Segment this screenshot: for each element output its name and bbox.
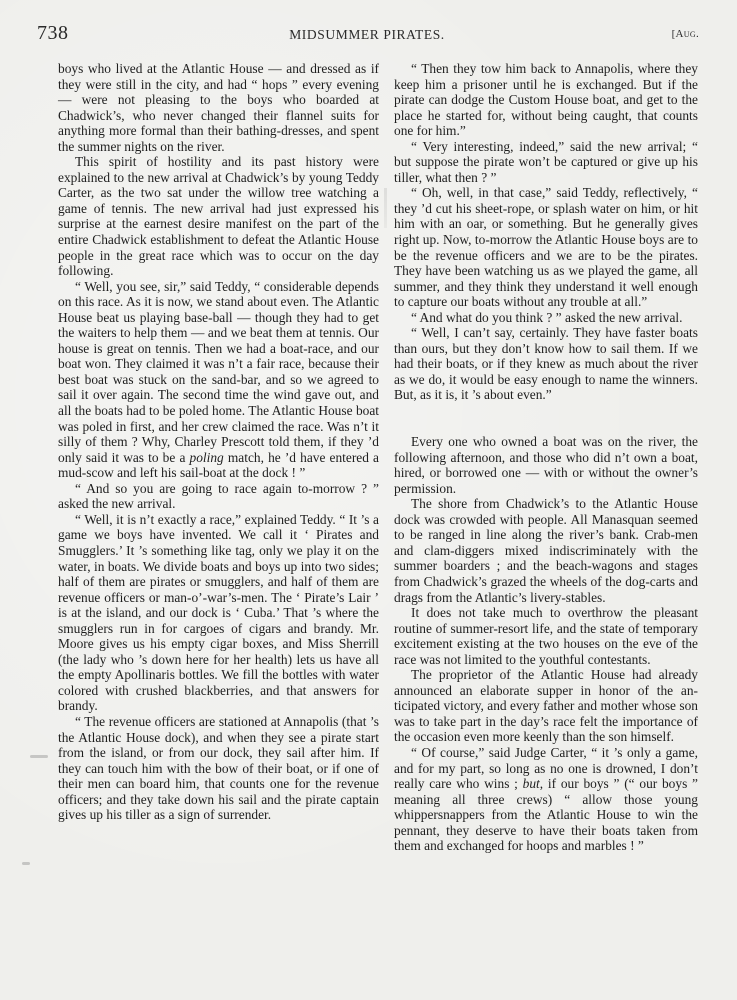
paragraph: “ And so you are going to race again to-… (58, 481, 379, 512)
ink-smudge (30, 755, 48, 758)
paragraph: boys who lived at the Atlantic House — a… (58, 61, 379, 154)
left-column: boys who lived at the Atlantic House — a… (58, 61, 379, 823)
paragraph: “ Then they tow him back to Annapolis, w… (394, 61, 698, 139)
paragraph: “ Very interesting, indeed,” said the ne… (394, 139, 698, 186)
issue-month: [Aug. (672, 28, 699, 40)
page-header: 738 MIDSUMMER PIRATES. [Aug. (37, 22, 697, 46)
book-page: 738 MIDSUMMER PIRATES. [Aug. boys who li… (0, 0, 737, 1000)
gutter-mark (384, 188, 387, 228)
paragraph: “ The revenue officers are stationed at … (58, 714, 379, 823)
paragraph: Every one who owned a boat was on the ri… (394, 434, 698, 496)
paragraph: “ And what do you think ? ” asked the ne… (394, 310, 698, 326)
right-column: “ Then they tow him back to Annapolis, w… (394, 61, 698, 854)
paragraph: It does not take much to overthrow the p… (394, 605, 698, 667)
paragraph: The proprietor of the Atlantic House had… (394, 667, 698, 745)
paragraph-text: “ Well, you see, sir,” said Teddy, “ con… (58, 279, 379, 465)
running-title: MIDSUMMER PIRATES. (37, 27, 697, 43)
emphasis-but: but (523, 776, 540, 791)
emphasis-poling: poling (190, 450, 224, 465)
paragraph: “ Well, I can’t say, certainly. They hav… (394, 325, 698, 403)
paragraph: “ Oh, well, in that case,” said Teddy, r… (394, 185, 698, 309)
paragraph: “ Of course,” said Judge Carter, “ it ’s… (394, 745, 698, 854)
paragraph: This spirit of hostility and its past hi… (58, 154, 379, 278)
paragraph: “ Well, you see, sir,” said Teddy, “ con… (58, 279, 379, 481)
paragraph: “ Well, it is n’t exactly a race,” expla… (58, 512, 379, 714)
ink-smudge (22, 862, 30, 865)
paragraph: The shore from Chadwick’s to the Atlanti… (394, 496, 698, 605)
